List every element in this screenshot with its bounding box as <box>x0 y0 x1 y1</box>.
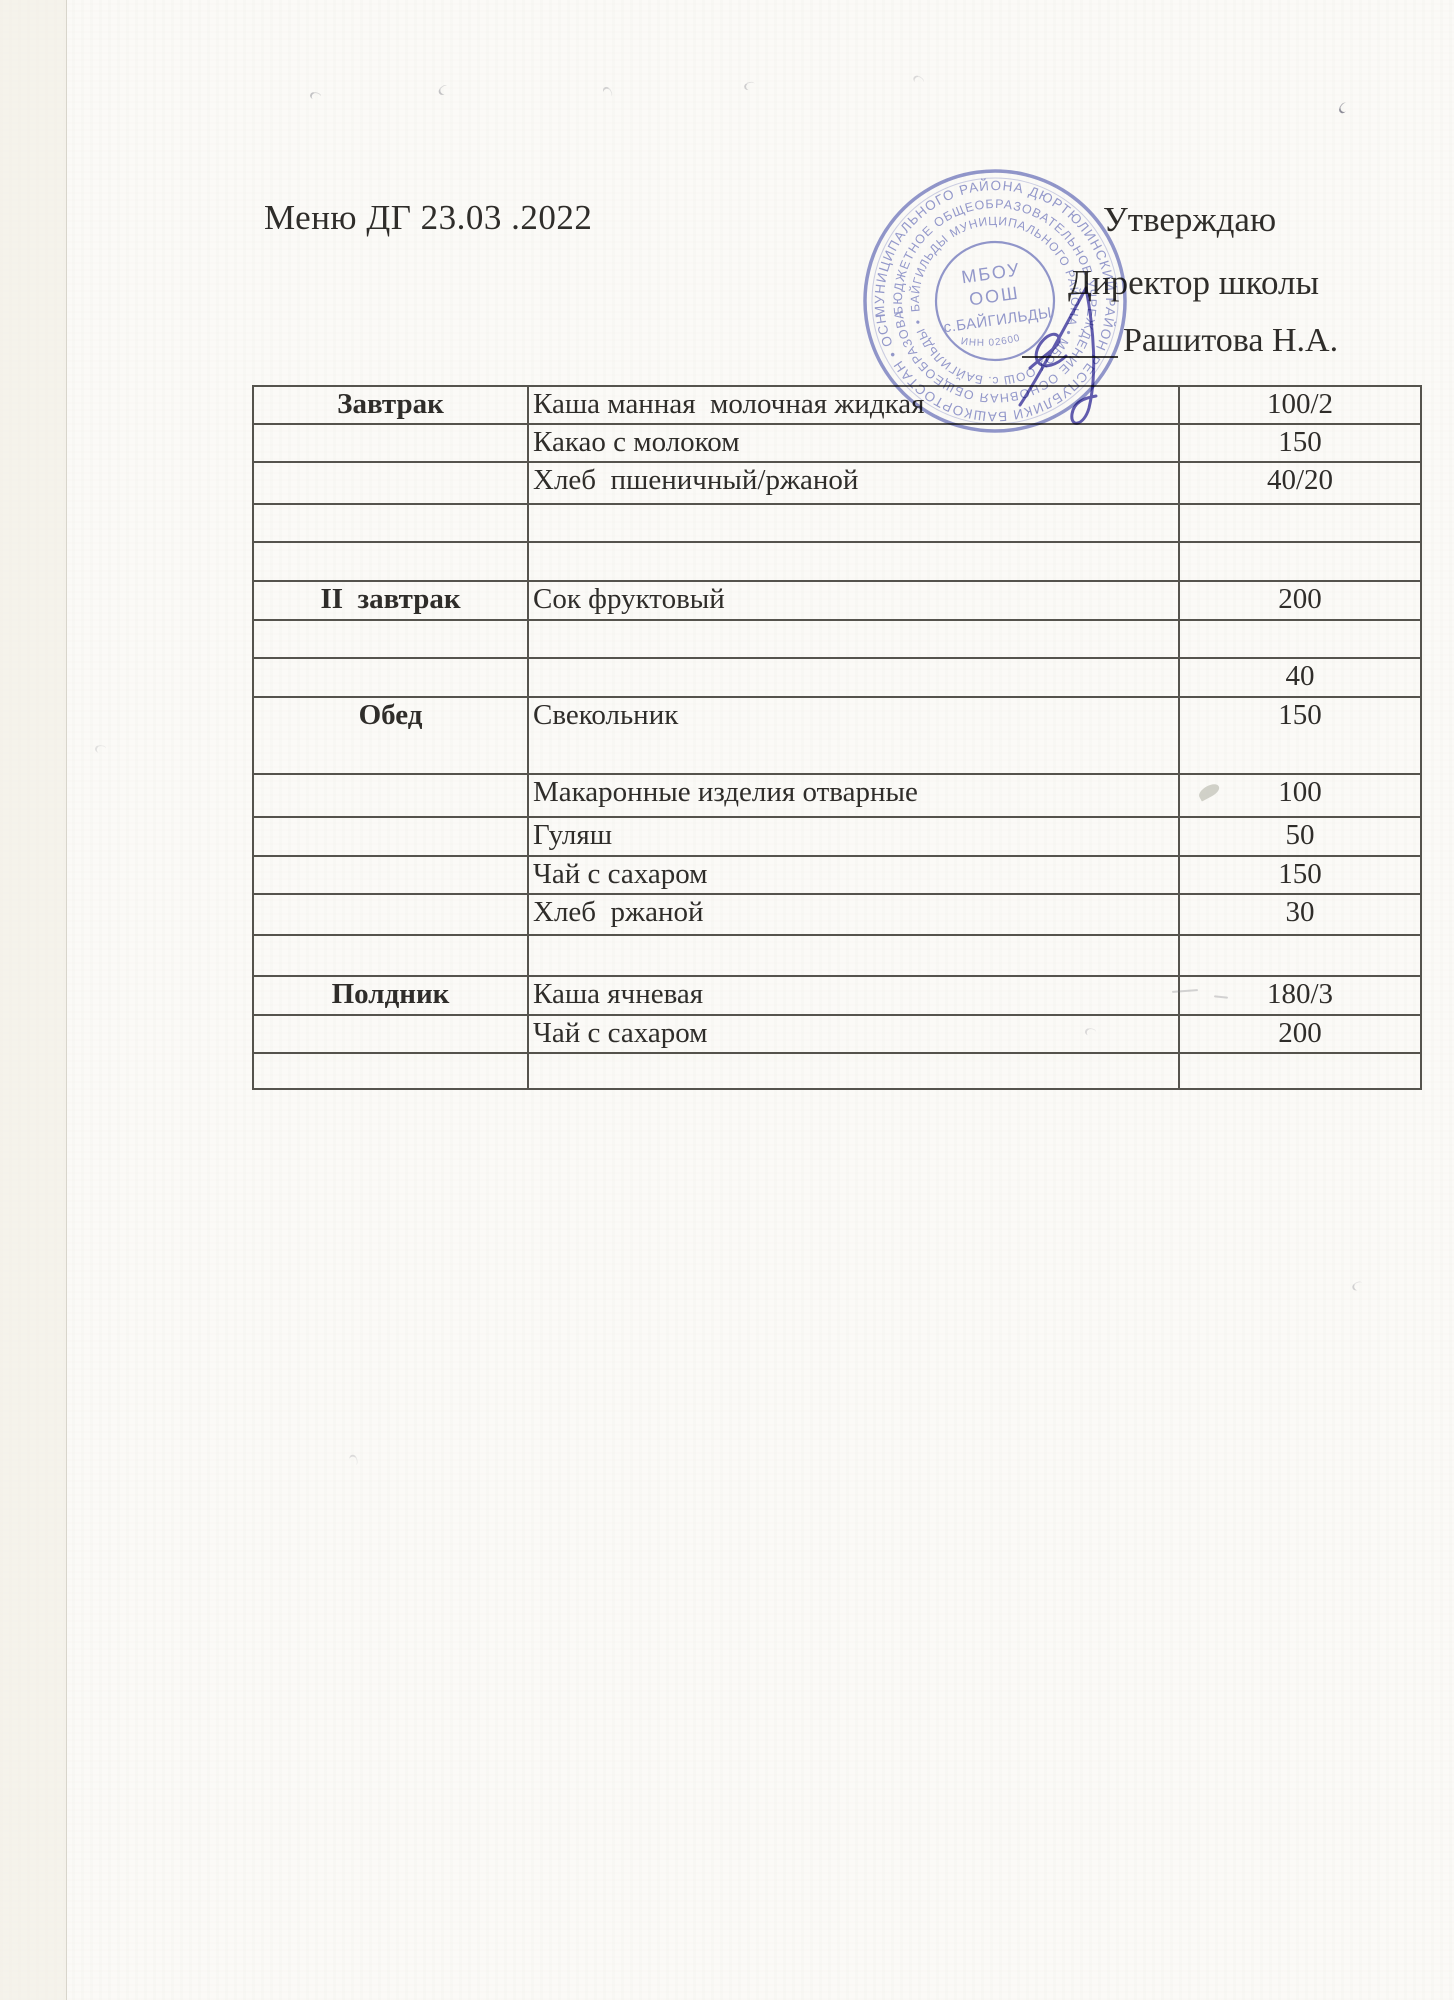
scan-speck <box>912 73 926 86</box>
menu-row: Хлеб пшеничный/ржаной40/20 <box>253 462 1421 504</box>
signature-upstroke <box>1020 288 1086 405</box>
scan-edge-strip <box>0 0 67 2000</box>
dish-cell <box>528 1053 1179 1089</box>
menu-row: Гуляш50 <box>253 817 1421 856</box>
scan-speck <box>437 84 451 97</box>
qty-cell: 200 <box>1179 1015 1421 1053</box>
menu-row: Макаронные изделия отварные100 <box>253 774 1421 817</box>
meal-cell <box>253 774 528 817</box>
menu-table: ЗавтракКаша манная молочная жидкая100/2К… <box>252 385 1422 1090</box>
meal-cell <box>253 1053 528 1089</box>
dish-cell: Хлеб ржаной <box>528 894 1179 935</box>
menu-row <box>253 1053 1421 1089</box>
menu-row: ОбедСвекольник150 <box>253 697 1421 774</box>
scan-speck <box>309 90 322 101</box>
meal-cell <box>253 424 528 462</box>
meal-cell <box>253 856 528 894</box>
dish-cell: Свекольник <box>528 697 1179 774</box>
meal-cell: Полдник <box>253 976 528 1015</box>
signer-name: Рашитова Н.А. <box>1123 322 1338 360</box>
dish-cell: Каша ячневая <box>528 976 1179 1015</box>
meal-cell <box>253 658 528 697</box>
dish-cell <box>528 658 1179 697</box>
signature-knot <box>1030 334 1066 368</box>
qty-cell: 150 <box>1179 697 1421 774</box>
menu-row: Чай с сахаром150 <box>253 856 1421 894</box>
qty-cell: 100/2 <box>1179 386 1421 424</box>
meal-cell <box>253 935 528 976</box>
dish-cell: Макаронные изделия отварные <box>528 774 1179 817</box>
meal-cell: Завтрак <box>253 386 528 424</box>
dish-cell: Гуляш <box>528 817 1179 856</box>
meal-cell <box>253 620 528 658</box>
meal-cell <box>253 817 528 856</box>
meal-cell <box>253 1015 528 1053</box>
qty-cell: 150 <box>1179 424 1421 462</box>
dish-cell <box>528 542 1179 581</box>
dish-cell: Чай с сахаром <box>528 856 1179 894</box>
menu-row: ЗавтракКаша манная молочная жидкая100/2 <box>253 386 1421 424</box>
meal-cell <box>253 462 528 504</box>
menu-row <box>253 935 1421 976</box>
dish-cell <box>528 935 1179 976</box>
qty-cell <box>1179 504 1421 542</box>
scan-speck <box>1351 1280 1364 1291</box>
menu-row: Какао с молоком150 <box>253 424 1421 462</box>
meal-cell: Обед <box>253 697 528 774</box>
qty-cell <box>1179 620 1421 658</box>
qty-cell: 50 <box>1179 817 1421 856</box>
meal-cell <box>253 542 528 581</box>
menu-table-body: ЗавтракКаша манная молочная жидкая100/2К… <box>253 386 1421 1089</box>
qty-cell: 40/20 <box>1179 462 1421 504</box>
menu-row <box>253 542 1421 581</box>
menu-row <box>253 504 1421 542</box>
menu-row: 40 <box>253 658 1421 697</box>
scan-speck <box>349 1454 359 1466</box>
menu-row: Хлеб ржаной30 <box>253 894 1421 935</box>
scan-speck <box>1337 101 1350 115</box>
dish-cell: Чай с сахаром <box>528 1015 1179 1053</box>
qty-cell <box>1179 1053 1421 1089</box>
menu-row: Чай с сахаром200 <box>253 1015 1421 1053</box>
menu-row: ПолдникКаша ячневая180/3 <box>253 976 1421 1015</box>
qty-cell <box>1179 542 1421 581</box>
meal-cell: II завтрак <box>253 581 528 620</box>
qty-cell: 200 <box>1179 581 1421 620</box>
dish-cell: Хлеб пшеничный/ржаной <box>528 462 1179 504</box>
menu-row: II завтракСок фруктовый200 <box>253 581 1421 620</box>
qty-cell: 40 <box>1179 658 1421 697</box>
scanned-menu-page: Меню ДГ 23.03 .2022 Утверждаю Директор ш… <box>0 0 1454 2000</box>
director-signature <box>1000 270 1130 445</box>
dish-cell <box>528 504 1179 542</box>
menu-row <box>253 620 1421 658</box>
scan-speck <box>602 85 614 98</box>
meal-cell <box>253 504 528 542</box>
dish-cell: Сок фруктовый <box>528 581 1179 620</box>
qty-cell: 30 <box>1179 894 1421 935</box>
meal-cell <box>253 894 528 935</box>
qty-cell: 150 <box>1179 856 1421 894</box>
dish-cell <box>528 620 1179 658</box>
scan-speck <box>94 744 106 754</box>
qty-cell <box>1179 935 1421 976</box>
page-title: Меню ДГ 23.03 .2022 <box>264 198 592 238</box>
qty-cell: 100 <box>1179 774 1421 817</box>
scan-speck <box>743 81 755 91</box>
